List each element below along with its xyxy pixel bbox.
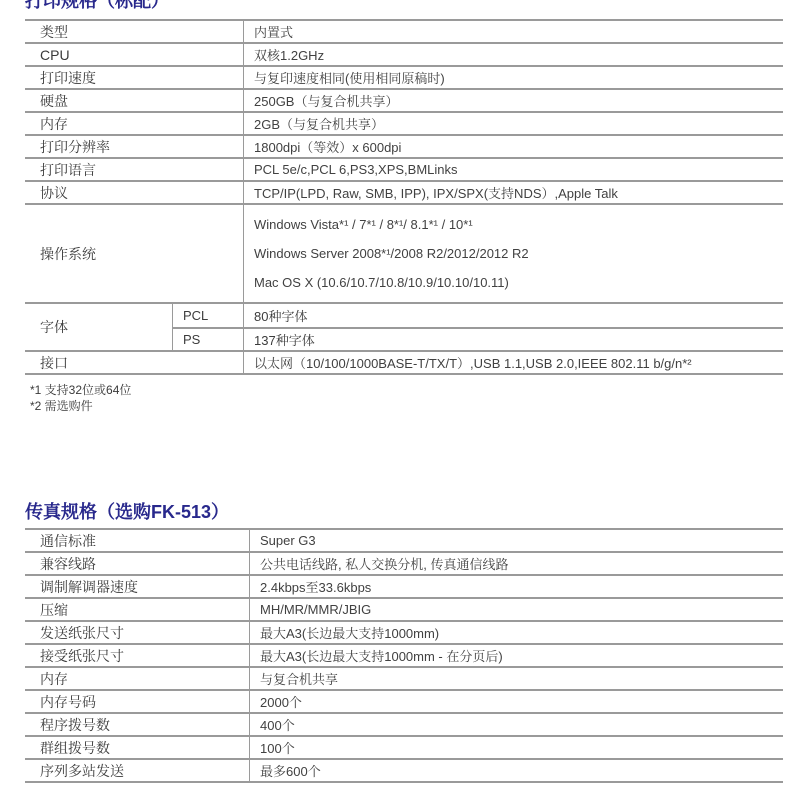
- row-label: 调制解调器速度: [25, 576, 249, 597]
- row-label: 通信标准: [25, 530, 249, 551]
- row-label: 接受纸张尺寸: [25, 645, 249, 666]
- row-value: 100个: [249, 737, 783, 758]
- spec-row: 类型内置式: [25, 21, 783, 44]
- row-value: Windows Vista*¹ / 7*¹ / 8*¹/ 8.1*¹ / 10*…: [243, 205, 783, 302]
- footnotes: *1 支持32位或64位 *2 需选购件: [30, 382, 800, 414]
- row-value: 1800dpi（等效）x 600dpi: [243, 136, 783, 157]
- spec-row: 群组拨号数100个: [25, 737, 783, 760]
- row-value: 双核1.2GHz: [243, 44, 783, 65]
- spec-row: 发送纸张尺寸最大A3(长边最大支持1000mm): [25, 622, 783, 645]
- row-label: 打印速度: [25, 67, 243, 88]
- row-label: 打印语言: [25, 159, 243, 180]
- print-spec-table: 类型内置式CPU双核1.2GHz打印速度与复印速度相同(使用相同原稿时)硬盘25…: [25, 19, 783, 375]
- row-label: 硬盘: [25, 90, 243, 111]
- spec-row: 程序拨号数400个: [25, 714, 783, 737]
- row-label: 内存: [25, 668, 249, 689]
- row-label: 序列多站发送: [25, 760, 249, 781]
- spec-row: 内存与复合机共享: [25, 668, 783, 691]
- spec-row: 内存号码2000个: [25, 691, 783, 714]
- row-value: 以太网（10/100/1000BASE-T/TX/T）,USB 1.1,USB …: [243, 352, 783, 373]
- row-value: TCP/IP(LPD, Raw, SMB, IPP), IPX/SPX(支持ND…: [243, 182, 783, 203]
- row-value: 最大A3(长边最大支持1000mm - 在分页后): [249, 645, 783, 666]
- footnote-2: *2 需选购件: [30, 398, 800, 414]
- row-label: 类型: [25, 21, 243, 42]
- row-label: 兼容线路: [25, 553, 249, 574]
- spec-row: 打印语言PCL 5e/c,PCL 6,PS3,XPS,BMLinks: [25, 159, 783, 182]
- row-subs: PCL80种字体PS137种字体: [172, 304, 783, 350]
- spec-row: 序列多站发送最多600个: [25, 760, 783, 783]
- row-value: 2.4kbps至33.6kbps: [249, 576, 783, 597]
- row-value: 最多600个: [249, 760, 783, 781]
- row-label: 群组拨号数: [25, 737, 249, 758]
- footnote-1: *1 支持32位或64位: [30, 382, 800, 398]
- row-value: 2000个: [249, 691, 783, 712]
- spec-row: 操作系统Windows Vista*¹ / 7*¹ / 8*¹/ 8.1*¹ /…: [25, 205, 783, 304]
- row-value: 250GB（与复合机共享）: [243, 90, 783, 111]
- spec-row: 接受纸张尺寸最大A3(长边最大支持1000mm - 在分页后): [25, 645, 783, 668]
- row-value-line: Mac OS X (10.6/10.7/10.8/10.9/10.10/10.1…: [254, 268, 509, 297]
- sub-row-value: 137种字体: [243, 329, 783, 350]
- fax-spec-title: 传真规格（选购FK-513）: [25, 502, 800, 522]
- spec-row: 打印分辨率1800dpi（等效）x 600dpi: [25, 136, 783, 159]
- spec-row: 内存2GB（与复合机共享）: [25, 113, 783, 136]
- spec-sub-row: PS137种字体: [172, 327, 783, 350]
- row-value: 公共电话线路, 私人交换分机, 传真通信线路: [249, 553, 783, 574]
- fax-spec-table: 通信标准Super G3兼容线路公共电话线路, 私人交换分机, 传真通信线路调制…: [25, 528, 783, 783]
- spec-row: 通信标准Super G3: [25, 530, 783, 553]
- row-value: Super G3: [249, 530, 783, 551]
- row-label: 接口: [25, 352, 243, 373]
- row-label: 操作系统: [25, 205, 243, 302]
- row-value-line: Windows Server 2008*¹/2008 R2/2012/2012 …: [254, 239, 529, 268]
- spec-row: 硬盘250GB（与复合机共享）: [25, 90, 783, 113]
- row-label: 协议: [25, 182, 243, 203]
- row-value: MH/MR/MMR/JBIG: [249, 599, 783, 620]
- row-value: 最大A3(长边最大支持1000mm): [249, 622, 783, 643]
- spec-row: 接口以太网（10/100/1000BASE-T/TX/T）,USB 1.1,US…: [25, 352, 783, 375]
- row-label: 打印分辨率: [25, 136, 243, 157]
- row-label: 程序拨号数: [25, 714, 249, 735]
- spec-row-group: 字体PCL80种字体PS137种字体: [25, 304, 783, 352]
- row-value: 与复印速度相同(使用相同原稿时): [243, 67, 783, 88]
- row-value-line: Windows Vista*¹ / 7*¹ / 8*¹/ 8.1*¹ / 10*…: [254, 210, 473, 239]
- spec-row: 调制解调器速度2.4kbps至33.6kbps: [25, 576, 783, 599]
- spec-sub-row: PCL80种字体: [172, 304, 783, 327]
- spec-row: 打印速度与复印速度相同(使用相同原稿时): [25, 67, 783, 90]
- row-label: 发送纸张尺寸: [25, 622, 249, 643]
- spec-row: CPU双核1.2GHz: [25, 44, 783, 67]
- row-value: 400个: [249, 714, 783, 735]
- spec-row: 兼容线路公共电话线路, 私人交换分机, 传真通信线路: [25, 553, 783, 576]
- row-value: 内置式: [243, 21, 783, 42]
- row-label: 内存号码: [25, 691, 249, 712]
- row-value: 与复合机共享: [249, 668, 783, 689]
- row-value: 2GB（与复合机共享）: [243, 113, 783, 134]
- row-label: 内存: [25, 113, 243, 134]
- row-value: PCL 5e/c,PCL 6,PS3,XPS,BMLinks: [243, 159, 783, 180]
- sub-row-value: 80种字体: [243, 304, 783, 327]
- row-label: CPU: [25, 44, 243, 65]
- row-label: 字体: [25, 304, 172, 350]
- spec-row: 压缩MH/MR/MMR/JBIG: [25, 599, 783, 622]
- print-spec-title: 打印规格（标配）: [25, 0, 800, 11]
- sub-row-label: PS: [172, 329, 243, 350]
- row-label: 压缩: [25, 599, 249, 620]
- sub-row-label: PCL: [172, 304, 243, 327]
- spec-row: 协议TCP/IP(LPD, Raw, SMB, IPP), IPX/SPX(支持…: [25, 182, 783, 205]
